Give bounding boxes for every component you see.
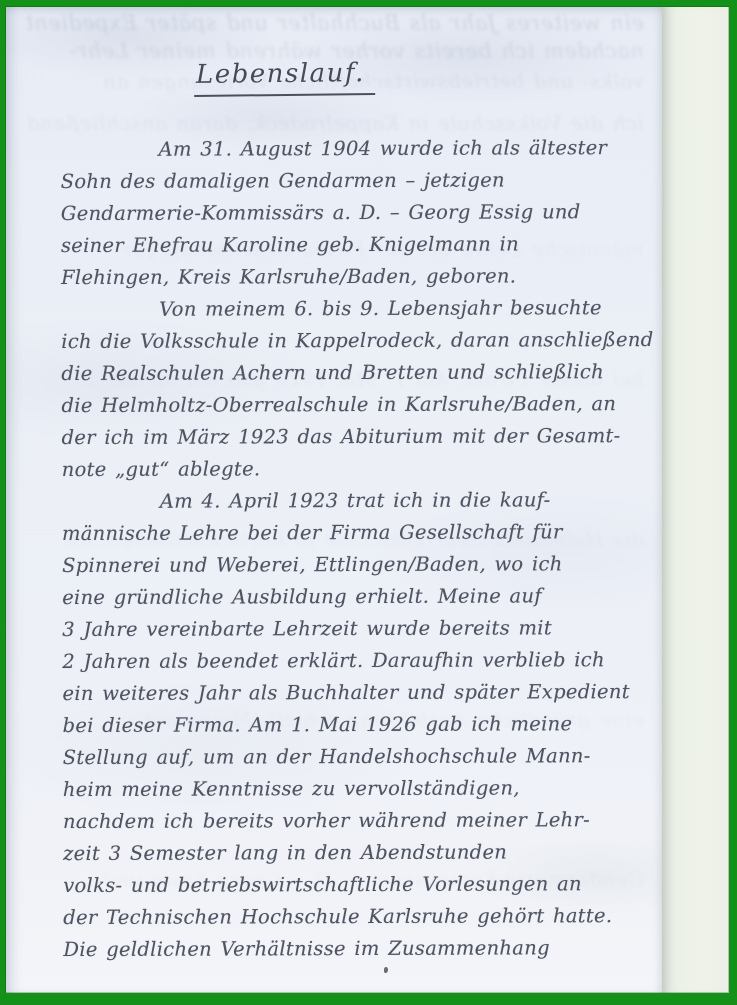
manuscript-line: volks- und betriebswirtschaftliche Vorle… [63, 868, 659, 902]
manuscript-line: eine gründliche Ausbildung erhielt. Mein… [62, 580, 658, 614]
manuscript-line: ein weiteres Jahr als Buchhalter und spä… [62, 676, 658, 710]
manuscript-line: bei dieser Firma. Am 1. Mai 1926 gab ich… [63, 708, 659, 742]
manuscript-line: Sohn des damaligen Gendarmen – jetzigen [61, 164, 657, 198]
manuscript-line: seiner Ehefrau Karoline geb. Knigelmann … [61, 228, 657, 262]
document-paper: ein weiteres Jahr als Buchhalter und spä… [6, 7, 662, 993]
manuscript-lines: Am 31. August 1904 wurde ich als älteste… [61, 132, 660, 966]
manuscript-line: die Helmholtz-Oberrealschule in Karlsruh… [61, 388, 657, 422]
manuscript-line: Von meinem 6. bis 9. Lebensjahr besuchte [61, 292, 657, 326]
manuscript-line: Am 4. April 1923 trat ich in die kauf- [62, 484, 658, 518]
scanner-background-strip [662, 7, 729, 993]
bleed-through-text: ein weiteres Jahr als Buchhalter und spä… [20, 11, 644, 35]
scanned-page: ein weiteres Jahr als Buchhalter und spä… [0, 0, 737, 1005]
manuscript-line: Flehingen, Kreis Karlsruhe/Baden, gebore… [61, 260, 657, 294]
manuscript-line: ich die Volksschule in Kappelrodeck, dar… [61, 324, 657, 358]
manuscript-line: heim meine Kenntnisse zu vervollständige… [63, 772, 659, 806]
manuscript-line: 2 Jahren als beendet erklärt. Daraufhin … [62, 644, 658, 678]
manuscript-line: Am 31. August 1904 wurde ich als älteste… [61, 132, 657, 166]
manuscript-line: note „gut“ ablegte. [62, 452, 658, 486]
manuscript-line: Spinnerei und Weberei, Ettlingen/Baden, … [62, 548, 658, 582]
manuscript-line: nachdem ich bereits vorher während meine… [63, 804, 659, 838]
manuscript-line: Die geldlichen Verhältnisse im Zusammenh… [63, 932, 659, 966]
manuscript-line: Stellung auf, um an der Handelshochschul… [63, 740, 659, 774]
manuscript-line: 3 Jahre vereinbarte Lehrzeit wurde berei… [62, 612, 658, 646]
ink-speck [384, 967, 388, 973]
manuscript-line: der Technischen Hochschule Karlsruhe geh… [63, 900, 659, 934]
page-title: Lebenslauf. [194, 58, 375, 97]
manuscript-line: männische Lehre bei der Firma Gesellscha… [62, 516, 658, 550]
manuscript-line: Gendarmerie-Kommissärs a. D. – Georg Ess… [61, 196, 657, 230]
manuscript-line: zeit 3 Semester lang in den Abendstunden [63, 836, 659, 870]
manuscript-line: die Realschulen Achern und Bretten und s… [61, 356, 657, 390]
manuscript-line: der ich im März 1923 das Abiturium mit d… [62, 420, 658, 454]
